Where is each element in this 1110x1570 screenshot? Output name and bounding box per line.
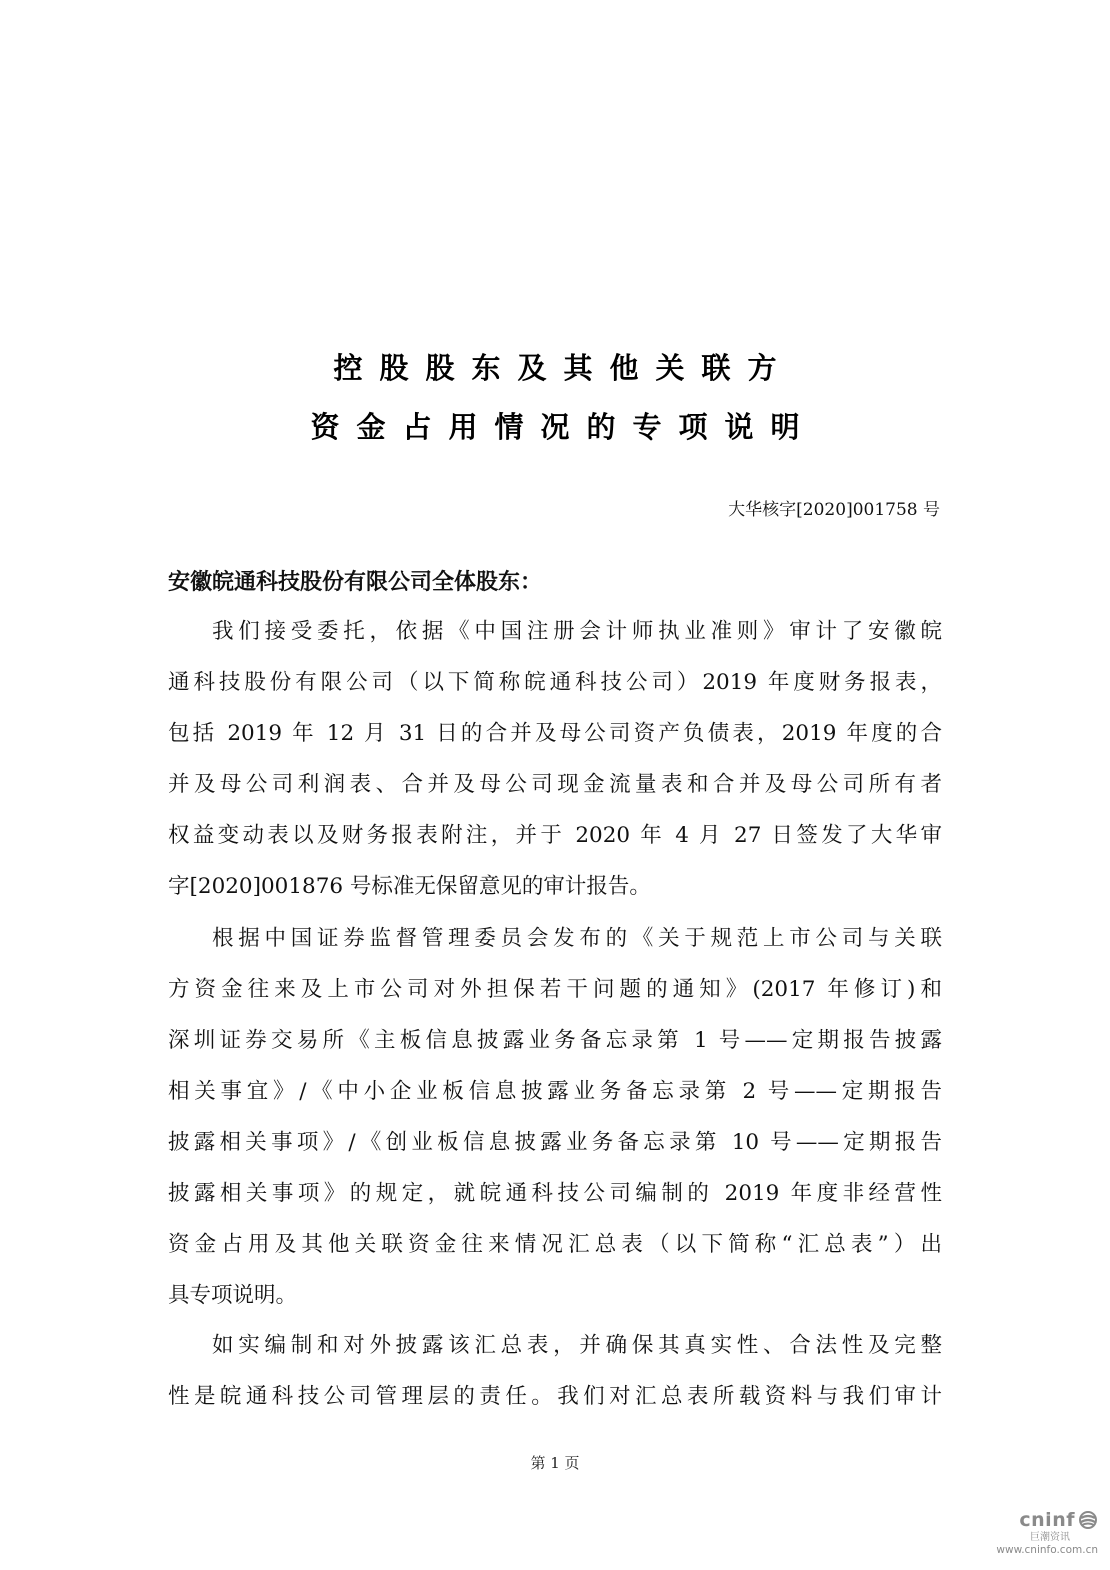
cninfo-watermark: cninf 巨潮资讯 www.cninfo.com.cn <box>978 1509 1098 1556</box>
document-page: 控股股东及其他关联方 资金占用情况的专项说明 大华核字[2020]001758 … <box>0 0 1110 1570</box>
text-line: 字[2020]001876 号标准无保留意见的审计报告。 <box>168 861 942 912</box>
watermark-brand-cn: 巨潮资讯 <box>978 1531 1070 1544</box>
text-line: 权益变动表以及财务报表附注，并于 2020 年 4 月 27 日签发了大华审 <box>168 810 942 861</box>
document-title-line-1: 控股股东及其他关联方 <box>0 346 1110 387</box>
text-line: 根据中国证券监督管理委员会发布的《关于规范上市公司与关联 <box>168 913 942 964</box>
text-line: 披露相关事项》的规定，就皖通科技公司编制的 2019 年度非经营性 <box>168 1168 942 1219</box>
text-line: 深圳证券交易所《主板信息披露业务备忘录第 1 号——定期报告披露 <box>168 1015 942 1066</box>
cninfo-logo-icon <box>1078 1511 1098 1529</box>
document-number: 大华核字[2020]001758 号 <box>728 495 940 520</box>
watermark-url: www.cninfo.com.cn <box>978 1544 1098 1556</box>
text-line: 包括 2019 年 12 月 31 日的合并及母公司资产负债表，2019 年度的… <box>168 708 942 759</box>
paragraph-3: 如实编制和对外披露该汇总表，并确保其真实性、合法性及完整 性是皖通科技公司管理层… <box>168 1320 942 1422</box>
text-line: 披露相关事项》/《创业板信息披露业务备忘录第 10 号——定期报告 <box>168 1117 942 1168</box>
salutation: 安徽皖通科技股份有限公司全体股东： <box>168 565 542 596</box>
text-line: 具专项说明。 <box>168 1270 942 1321</box>
watermark-brand: cninf <box>1019 1509 1098 1531</box>
text-line: 方资金往来及上市公司对外担保若干问题的通知》(2017 年修订)和 <box>168 964 942 1015</box>
text-line: 如实编制和对外披露该汇总表，并确保其真实性、合法性及完整 <box>168 1320 942 1371</box>
page-number: 第 1 页 <box>0 1452 1110 1473</box>
text-line: 我们接受委托，依据《中国注册会计师执业准则》审计了安徽皖 <box>168 606 942 657</box>
text-line: 并及母公司利润表、合并及母公司现金流量表和合并及母公司所有者 <box>168 759 942 810</box>
document-title-line-2: 资金占用情况的专项说明 <box>0 405 1110 446</box>
paragraph-2: 根据中国证券监督管理委员会发布的《关于规范上市公司与关联 方资金往来及上市公司对… <box>168 913 942 1321</box>
text-line: 相关事宜》/《中小企业板信息披露业务备忘录第 2 号——定期报告 <box>168 1066 942 1117</box>
watermark-brand-text: cninf <box>1019 1509 1075 1531</box>
text-line: 通科技股份有限公司（以下简称皖通科技公司）2019 年度财务报表， <box>168 657 942 708</box>
text-line: 性是皖通科技公司管理层的责任。我们对汇总表所载资料与我们审计 <box>168 1371 942 1422</box>
text-line: 资金占用及其他关联资金往来情况汇总表（以下简称“汇总表”）出 <box>168 1219 942 1270</box>
paragraph-1: 我们接受委托，依据《中国注册会计师执业准则》审计了安徽皖 通科技股份有限公司（以… <box>168 606 942 912</box>
